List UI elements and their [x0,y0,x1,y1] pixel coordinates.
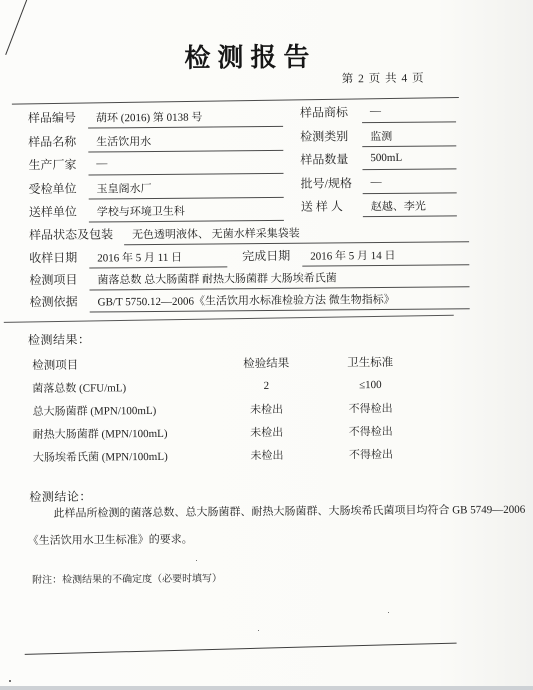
field-label: 检测依据 [30,293,90,314]
result-value: 未检出 [223,446,311,463]
field-value: — [363,175,457,194]
scan-speck [388,612,389,613]
scan-speck [258,630,259,631]
result-standard: 不得检出 [311,445,431,462]
field-label: 完成日期 [242,247,302,268]
result-standard: 不得检出 [310,399,430,416]
field-label: 样品商标 [300,103,362,124]
column-header-result: 检验结果 [222,354,310,371]
field-value: 2016 年 5 月 14 日 [302,246,469,266]
scan-speck [9,680,11,682]
result-value: 2 [222,379,310,392]
field-value: 监测 [362,127,456,147]
result-standard: ≤100 [310,378,430,391]
field-value: 生活饮用水 [88,132,283,153]
field-value: 葫环 (2016) 第 0138 号 [88,108,283,129]
field-sample-quantity: 样品数量 500mL [300,149,456,170]
conclusion-section-label: 检测结论： [29,488,92,506]
date-row: 收样日期 2016 年 5 月 11 日 完成日期 2016 年 5 月 14 … [29,245,469,269]
field-value: — [88,156,283,176]
field-label: 批号/规格 [301,174,363,195]
scan-bottom-edge [0,686,533,690]
field-test-basis: 检测依据 GB/T 5750.12—2006《生活饮用水标准检验方法 微生物指标… [30,289,470,313]
field-value: — [362,104,456,123]
result-standard: 不得检出 [311,422,431,439]
field-value: 赵越、李光 [363,197,457,217]
field-label: 样品名称 [28,133,88,154]
field-sample-state-packaging: 样品状态及包装 无色透明液体、 无菌水样采集袋装 [29,222,469,246]
scanned-report-page: 检测报告 第 2 页 共 4 页 样品编号 葫环 (2016) 第 0138 号… [0,0,533,690]
conclusion-line-1: 此样品所检测的菌落总数、总大肠菌群、耐热大肠菌群、大肠埃希氏菌项目均符合 GB … [53,501,525,521]
result-value: 未检出 [222,400,310,417]
field-label: 受检单位 [29,180,89,201]
column-header-item: 检测项目 [32,355,222,373]
field-label: 检测项目 [29,271,89,292]
field-value: 2016 年 5 月 11 日 [89,248,227,268]
field-value: 学校与环境卫生科 [89,202,284,223]
result-item: 耐热大肠菌群 (MPN/100mL) [33,424,223,442]
field-label: 送 样 人 [301,197,363,218]
field-label: 样品状态及包装 [29,225,124,246]
field-value: 500mL [362,151,456,170]
field-label: 检测类别 [300,127,362,148]
footnote: 附注：检测结果的不确定度（必要时填写） [32,569,222,586]
field-label: 送样单位 [29,203,89,224]
field-label: 收样日期 [29,249,89,270]
field-sample-name: 样品名称 生活饮用水 [28,131,283,153]
report-content: 检测报告 第 2 页 共 4 页 样品编号 葫环 (2016) 第 0138 号… [0,0,533,690]
footer-rule [25,643,457,655]
section-rule [4,315,454,323]
field-test-category: 检测类别 监测 [300,126,456,147]
column-header-standard: 卫生标准 [310,353,430,370]
field-sample-sender: 送 样 人 赵越、李光 [301,196,457,217]
field-label: 样品编号 [28,109,88,130]
result-item: 总大肠菌群 (MPN/100mL) [32,401,222,419]
page-indicator: 第 2 页 共 4 页 [342,70,425,87]
field-value: 无色透明液体、 无菌水样采集袋装 [124,223,469,245]
field-sample-trademark: 样品商标 — [300,102,456,123]
field-test-items: 检测项目 菌落总数 总大肠菌群 耐热大肠菌群 大肠埃希氏菌 [29,267,469,291]
field-batch-spec: 批号/规格 — [301,173,457,194]
results-section-label: 检测结果： [28,331,91,349]
result-item: 菌落总数 (CFU/mL) [32,378,222,396]
results-table: 检测项目 检验结果 卫生标准 菌落总数 (CFU/mL) 2 ≤100 总大肠菌… [32,349,469,468]
result-value: 未检出 [223,423,311,440]
field-label: 样品数量 [300,150,362,171]
field-manufacturer: 生产厂家 — [28,154,283,176]
result-row-ecoli: 大肠埃希氏菌 (MPN/100mL) 未检出 不得检出 [33,441,469,468]
field-value: GB/T 5750.12—2006《生活饮用水标准检验方法 微生物指标》 [90,290,470,312]
conclusion-line-2: 《生活饮用水卫生标准》的要求。 [28,531,193,548]
field-value: 玉皇阁水厂 [89,179,284,200]
report-title: 检测报告 [0,35,504,76]
field-complete-date: 完成日期 2016 年 5 月 14 日 [242,245,469,267]
result-item: 大肠埃希氏菌 (MPN/100mL) [33,447,223,465]
field-sending-unit: 送样单位 学校与环境卫生科 [29,201,284,223]
field-receive-date: 收样日期 2016 年 5 月 11 日 [29,247,227,269]
scan-speck [196,560,197,561]
field-value: 菌落总数 总大肠菌群 耐热大肠菌群 大肠埃希氏菌 [89,268,469,290]
field-label: 生产厂家 [28,156,88,177]
field-sample-code: 样品编号 葫环 (2016) 第 0138 号 [28,107,283,129]
field-inspected-unit: 受检单位 玉皇阁水厂 [29,178,284,200]
